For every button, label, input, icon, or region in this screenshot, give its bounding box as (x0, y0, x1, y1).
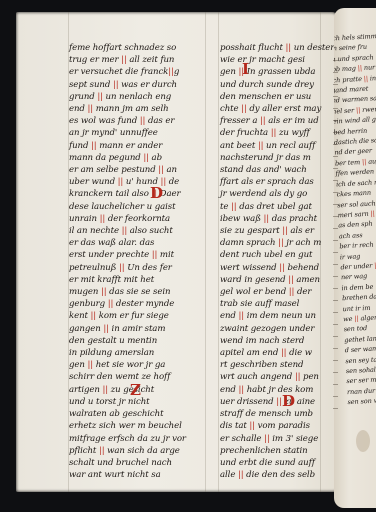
text-line: mugen || das sie se sein (69, 286, 186, 298)
margin-prick-mark (333, 324, 338, 325)
text-line: der under || al (340, 259, 376, 272)
text-line: mann da pegund || ab (69, 152, 186, 164)
text-line: brethen dach (342, 291, 376, 304)
text-line: wie er jr macht gesi (220, 54, 334, 66)
text-line: dis tat || vom paradis (220, 420, 334, 432)
text-line: zwaint gezogen under (220, 323, 334, 335)
text-line: und u torst jr nicht (69, 396, 186, 408)
margin-prick-mark (333, 84, 338, 85)
margin-prick-mark (333, 72, 338, 73)
text-line: trug er mer || all zeit fun (69, 54, 186, 66)
ruling-line (205, 12, 206, 492)
text-line: gangen || in amir stam (69, 323, 186, 335)
margin-prick-mark (333, 384, 338, 385)
text-line: end || habt jr des kom (220, 384, 334, 396)
text-line: petreulnuß || Un des fer (69, 262, 186, 274)
text-line: ward in gesend || amen (220, 274, 334, 286)
margin-prick-mark (333, 120, 338, 121)
margin-prick-mark (333, 144, 338, 145)
margin-prick-mark (333, 252, 338, 253)
rubric-initial-I: I (242, 60, 249, 78)
margin-prick-mark (333, 108, 338, 109)
text-line: war ant wurt nicht sa (69, 469, 186, 481)
margin-prick-mark (333, 336, 338, 337)
text-line: sept sund || was er durch (69, 79, 186, 91)
text-line: und durch sunde drey (220, 79, 334, 91)
text-line: erst under prechte || mit (69, 249, 186, 261)
text-line: dese lauchelicher u gaist (69, 201, 186, 213)
text-line: nachsterund jr das m (220, 152, 334, 164)
margin-prick-mark (333, 156, 338, 157)
text-line: wert wissend || behend (220, 262, 334, 274)
margin-prick-mark (333, 180, 338, 181)
text-line: erhetz sich wer m beuchel (69, 420, 186, 432)
text-line: grund || un nenlach eng (69, 91, 186, 103)
margin-prick-mark (333, 372, 338, 373)
text-line: we || algen sol (343, 311, 376, 324)
margin-prick-mark (333, 408, 338, 409)
ruling-line (218, 12, 219, 492)
text-line: gel wol er bend || der (220, 286, 334, 298)
margin-prick-mark (333, 300, 338, 301)
left-text-column: feme hoffart schnadez sotrug er mer || a… (69, 42, 186, 481)
text-line: ffart als er sprach das (220, 176, 334, 188)
text-line: er am selbe pestund || an (69, 164, 186, 176)
text-line: mitfrage erfsch da zu jr vor (69, 433, 186, 445)
text-line: schalt und bruchel nach (69, 457, 186, 469)
text-line: unrain || der feorkornta (69, 213, 186, 225)
margin-prick-mark (333, 192, 338, 193)
text-line: straff de mensch umb (220, 408, 334, 420)
text-line: gen || In grassen ubda (220, 66, 334, 78)
facing-page-text: ach hels stimmeen seine fruin und sprach… (334, 31, 376, 408)
text-line: er das waß alar. das (69, 237, 186, 249)
text-line: sie zu gespart || als er (220, 225, 334, 237)
stain-mark (356, 430, 370, 452)
text-line: pflicht || wan sich da arge (69, 445, 186, 457)
text-line: genburg || dester mynde (69, 298, 186, 310)
margin-prick-mark (333, 168, 338, 169)
margin-prick-mark (333, 312, 338, 313)
text-line: dent ruch ubel en gut (220, 249, 334, 261)
text-line: an jr mynd' unnuffee (69, 127, 186, 139)
text-line: walraten ab geschicht (69, 408, 186, 420)
text-line: as den sph (338, 218, 376, 231)
text-line: ber ir rech (339, 239, 376, 252)
margin-prick-mark (333, 276, 338, 277)
text-line: er mit krafft mit het (69, 274, 186, 286)
text-line: sen son wa (347, 395, 376, 408)
margin-prick-mark (333, 96, 338, 97)
text-line: uer drissend || zu aine (220, 396, 334, 408)
margin-prick-mark (333, 396, 338, 397)
text-line: er schalle || im 3' siege (220, 433, 334, 445)
text-line: rt geschriben stend (220, 359, 334, 371)
text-line: jr werdend als dy go (220, 188, 334, 200)
rubric-initial-Z: Z (130, 381, 141, 399)
text-line: trab sie auff masel (220, 298, 334, 310)
text-line: fund || mann er ander (69, 140, 186, 152)
text-line: in pildung amerslan (69, 347, 186, 359)
text-line: feme hoffart schnadez so (69, 42, 186, 54)
text-line: end || mann jm am selh (69, 103, 186, 115)
rubric-initial-D: D (150, 184, 163, 202)
text-line: uber wund || u' hund || de (69, 176, 186, 188)
text-line: il an nechte || also sucht (69, 225, 186, 237)
text-line: artigen || zu gesicht (69, 384, 186, 396)
facing-page: ach hels stimmeen seine fruin und sprach… (334, 8, 376, 508)
margin-prick-mark (333, 60, 338, 61)
text-line: stand das and' wach (220, 164, 334, 176)
text-line: fresser a || als er im ud (220, 115, 334, 127)
text-line: posshait flucht || un dester (220, 42, 334, 54)
text-line: ibew waß || das pracht (220, 213, 334, 225)
margin-prick-mark (333, 240, 338, 241)
text-line: chte || dy aller erst may (220, 103, 334, 115)
text-line: er versuchet die franck||g (69, 66, 186, 78)
margin-prick-mark (333, 228, 338, 229)
text-line: kent || kom er fur siege (69, 310, 186, 322)
text-line: te || das dret ubel gat (220, 201, 334, 213)
text-line: gen || het sie wor jr ga (69, 359, 186, 371)
text-line: kranckern tail also || Daer (69, 188, 186, 200)
text-line: es wol was fund || das er (69, 115, 186, 127)
rubric-initial-D2: D (282, 392, 295, 410)
text-line: wrt auch angend || pen (220, 371, 334, 383)
margin-prick-mark (333, 204, 338, 205)
margin-prick-mark (333, 288, 338, 289)
text-line: ein wind all g (334, 114, 376, 127)
text-line: prechenlichen statin (220, 445, 334, 457)
text-line: den gestalt u mentin (69, 335, 186, 347)
text-line: ant beet || un recl auff (220, 140, 334, 152)
text-line: und erbt die sund auff (220, 457, 334, 469)
margin-prick-mark (333, 132, 338, 133)
text-line: damn sprach || jr ach m (220, 237, 334, 249)
margin-prick-mark (333, 264, 338, 265)
text-line: apitel am end || die w (220, 347, 334, 359)
text-line: end || im dem neun un (220, 310, 334, 322)
text-line: alle || die den des selb (220, 469, 334, 481)
text-line: schirr den wemt ze hoff (69, 371, 186, 383)
right-text-column: posshait flucht || un desterwie er jr ma… (220, 42, 334, 481)
text-line: der fruchta || zu wyff (220, 127, 334, 139)
margin-prick-mark (333, 216, 338, 217)
margin-prick-mark (333, 360, 338, 361)
text-line: wend im nach sterd (220, 335, 334, 347)
text-line: den menschen er usu (220, 91, 334, 103)
margin-prick-mark (333, 348, 338, 349)
